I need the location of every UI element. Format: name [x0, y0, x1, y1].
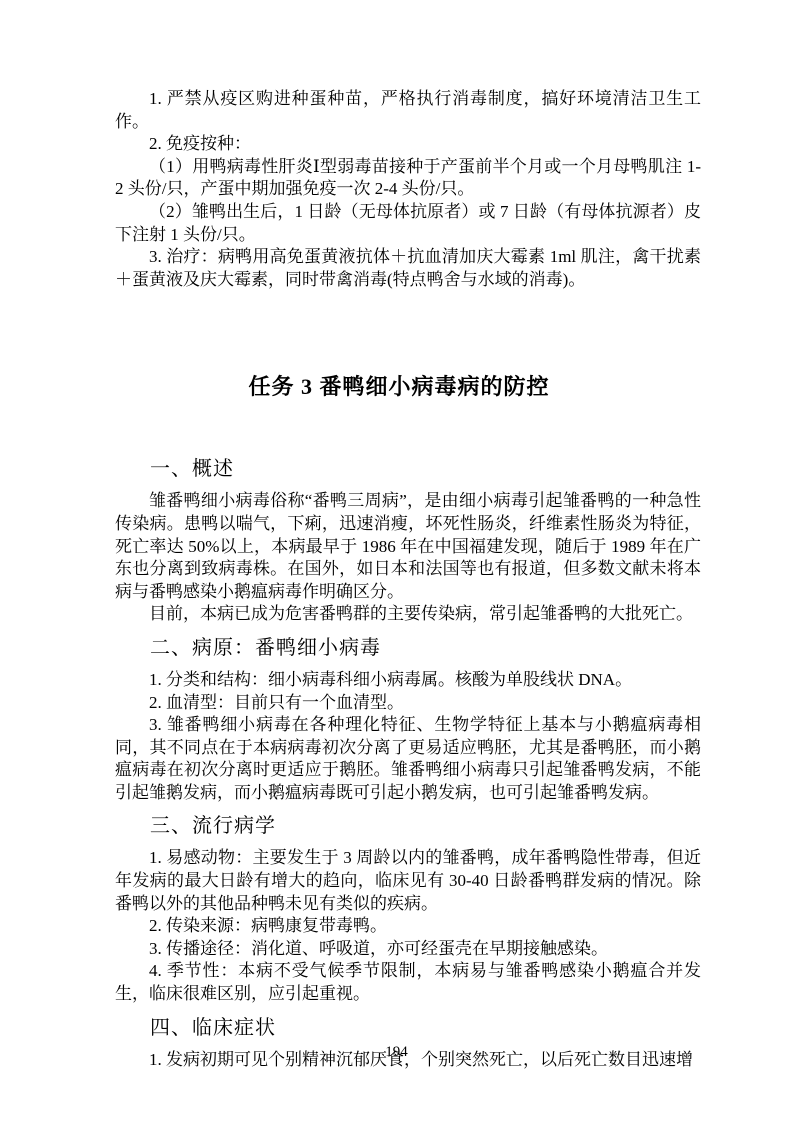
body-paragraph: 1. 易感动物：主要发生于 3 周龄以内的雏番鸭，成年番鸭隐性带毒，但近年发病的… [115, 847, 701, 915]
front-paragraph: 1. 严禁从疫区购进种蛋种苗，严格执行消毒制度，搞好环境清洁卫生工作。 [115, 88, 701, 133]
body-paragraph: 3. 传播途径：消化道、呼吸道，亦可经蛋壳在早期接触感染。 [115, 938, 701, 961]
front-paragraph: 2. 免疫按种： [115, 133, 701, 156]
body-paragraph: 1. 分类和结构：细小病毒科细小病毒属。核酸为单股线状 DNA。 [115, 669, 701, 692]
section-heading-epidemiology: 三、流行病学 [115, 813, 701, 839]
body-paragraph: 雏番鸭细小病毒俗称“番鸭三周病”，是由细小病毒引起雏番鸭的一种急性传染病。患鸭以… [115, 490, 701, 603]
document-title: 任务 3 番鸭细小病毒病的防控 [97, 373, 701, 400]
body-paragraph: 3. 雏番鸭细小病毒在各种理化特征、生物学特征上基本与小鹅瘟病毒相同，其不同点在… [115, 714, 701, 804]
page-number: 194 [0, 1044, 793, 1060]
section-heading-clinical-symptoms: 四、临床症状 [115, 1015, 701, 1041]
front-paragraph: （2）雏鸭出生后，1 日龄（无母体抗原者）或 7 日龄（有母体抗源者）皮下注射 … [115, 201, 701, 246]
body-paragraph: 目前，本病已成为危害番鸭群的主要传染病，常引起雏番鸭的大批死亡。 [115, 603, 701, 626]
page-content: 1. 严禁从疫区购进种蛋种苗，严格执行消毒制度，搞好环境清洁卫生工作。 2. 免… [115, 88, 701, 1071]
front-paragraph: （1）用鸭病毒性肝炎Ⅰ型弱毒苗接种于产蛋前半个月或一个月母鸭肌注 1-2 头份/… [115, 156, 701, 201]
front-paragraph: 3. 治疗：病鸭用高免蛋黄液抗体＋抗血清加庆大霉素 1ml 肌注，禽干扰素＋蛋黄… [115, 246, 701, 291]
section-heading-overview: 一、概述 [115, 456, 701, 482]
document-page: 1. 严禁从疫区购进种蛋种苗，严格执行消毒制度，搞好环境清洁卫生工作。 2. 免… [0, 0, 793, 1122]
body-paragraph: 2. 血清型：目前只有一个血清型。 [115, 692, 701, 715]
section-heading-pathogen: 二、病原：番鸭细小病毒 [115, 635, 701, 661]
body-paragraph: 2. 传染来源：病鸭康复带毒鸭。 [115, 915, 701, 938]
body-paragraph: 4. 季节性：本病不受气候季节限制，本病易与雏番鸭感染小鹅瘟合并发生，临床很难区… [115, 960, 701, 1005]
